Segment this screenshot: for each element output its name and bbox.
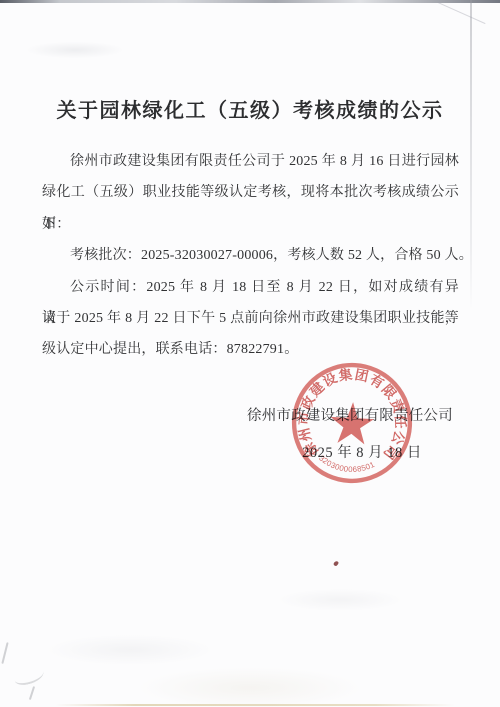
ink-speck <box>333 560 339 566</box>
body-line-p3-l2: 请于 2025 年 8 月 22 日下午 5 点前向徐州市政建设集团职业技能等 <box>42 303 459 334</box>
body-line-p2-l1: 考核批次：2025-32030027-00006，考核人数 52 人，合格 50… <box>42 240 459 271</box>
body-line-p1-l2: 绿化工（五级）职业技能等级认定考核，现将本批次考核成绩公示如 <box>42 177 459 208</box>
star-icon <box>329 401 375 445</box>
pencil-smudge <box>1 642 8 664</box>
notice-title: 关于园林绿化工（五级）考核成绩的公示 <box>0 94 500 123</box>
pencil-smudge <box>13 665 46 687</box>
body-line-p1-l1: 徐州市政建设集团有限责任公司于 2025 年 8 月 16 日进行园林 <box>42 146 459 177</box>
body-line-p3-l1: 公示时间：2025 年 8 月 18 日至 8 月 22 日，如对成绩有异议， <box>42 272 459 303</box>
scanned-notice-page: 关于园林绿化工（五级）考核成绩的公示 徐州市政建设集团有限责任公司于 2025 … <box>0 0 500 707</box>
notice-body: 徐州市政建设集团有限责任公司于 2025 年 8 月 16 日进行园林 绿化工（… <box>42 146 459 366</box>
scan-bottom-edge-artifact <box>55 704 455 706</box>
official-seal: 徐州市政建设集团有限责任公司 3203000068501 <box>275 346 428 499</box>
scan-top-edge-artifact <box>0 0 500 3</box>
body-line-p1-l3: 下： <box>42 209 459 240</box>
paper-corner-crease <box>438 2 486 24</box>
pencil-smudge <box>29 686 35 700</box>
